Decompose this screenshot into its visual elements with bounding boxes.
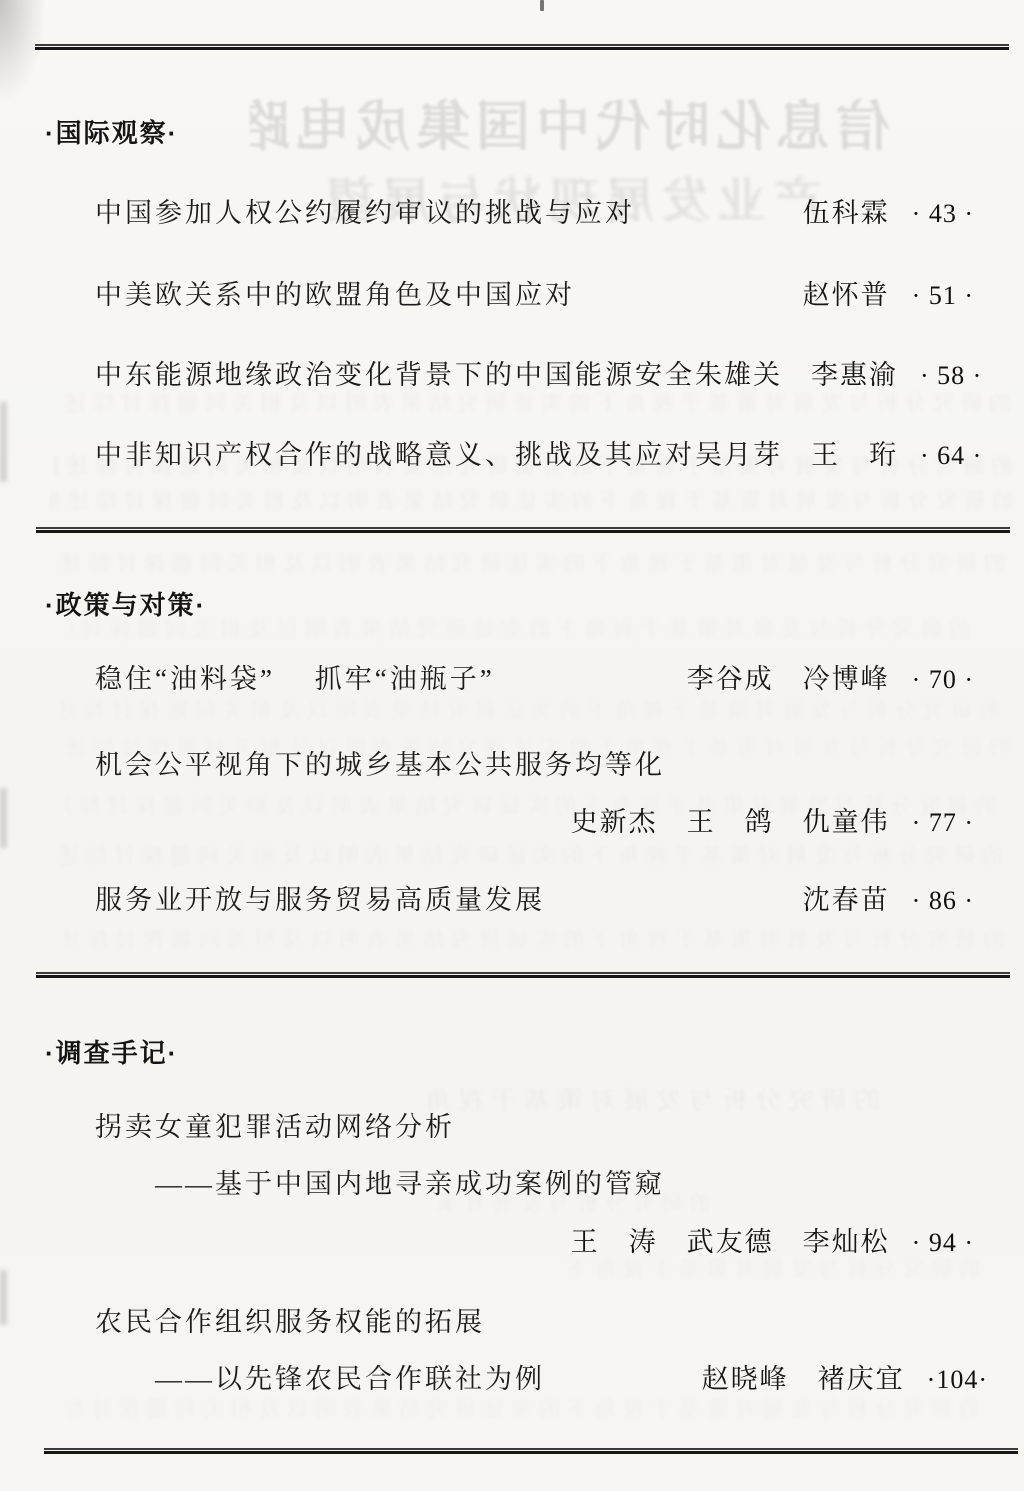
toc-entry-authors-row: 史新杰 王 鸽 仇童伟 · 77 · bbox=[571, 807, 974, 838]
scan-smudge bbox=[0, 0, 44, 100]
journal-toc-page: 信息化时代中国集成电路 产业发展现状与展望 的研究分析与发展对策基于视角下的实证… bbox=[0, 0, 1024, 1491]
toc-entry-row: 稳住“油料袋” 抓牢“油瓶子” 李谷成 冷博峰 · 70 · bbox=[95, 664, 974, 695]
page-number: · 43 · bbox=[912, 199, 974, 229]
section-label-international-observation: ·国际观察· bbox=[45, 118, 178, 149]
toc-entry-row: ——以先锋农民合作联社为例 赵晓峰 褚庆宜 ·104· bbox=[155, 1364, 988, 1395]
article-title: 机会公平视角下的城乡基本公共服务均等化 bbox=[95, 750, 665, 780]
bleed-through-noise: 的研究分析与发展对策基于视角下的实证研究结果表明以及相关问题探讨综述报告数据模型… bbox=[70, 1398, 980, 1422]
article-authors: 朱雄关 李惠渝 bbox=[695, 360, 898, 390]
bleed-through-noise: 的研究分析与发展对策基于视角下的实证研究结果表明以及相关问题探讨综述报告数据模型… bbox=[70, 618, 970, 642]
toc-entry-row: 中国参加人权公约履约审议的挑战与应对 伍科霖 · 43 · bbox=[95, 198, 974, 229]
page-number: · 64 · bbox=[920, 441, 982, 471]
divider-bottom bbox=[44, 1448, 1018, 1454]
bleed-through-noise: 的研究分析与发展对策基于视角下的实证研究结果表明以及相关问题探讨综述报告数据模型… bbox=[60, 700, 1000, 724]
authors-page-block: 朱雄关 李惠渝 · 58 · bbox=[695, 360, 982, 391]
divider-top bbox=[35, 44, 1009, 50]
bleed-through-noise: 的研究分析与发展对策基于视角下的实证研究结果表明以及相关问题探讨综述报告数据模型… bbox=[60, 552, 1005, 576]
divider-section-2 bbox=[36, 972, 1010, 978]
article-authors: 赵怀普 bbox=[803, 280, 890, 310]
article-authors: 吴月芽 王 珩 bbox=[695, 440, 898, 470]
section-label-policy-countermeasures: ·政策与对策· bbox=[45, 590, 206, 621]
toc-entry-row: 中东能源地缘政治变化背景下的中国能源安全 朱雄关 李惠渝 · 58 · bbox=[95, 360, 974, 391]
page-number: · 77 · bbox=[912, 808, 974, 838]
divider-section-1 bbox=[36, 527, 1010, 533]
article-title: 拐卖女童犯罪活动网络分析 bbox=[95, 1112, 455, 1142]
article-authors: 史新杰 王 鸽 仇童伟 bbox=[571, 807, 890, 837]
article-authors: 伍科霖 bbox=[803, 198, 890, 228]
scan-mark bbox=[540, 0, 544, 11]
article-title: 中非知识产权合作的战略意义、挑战及其应对 bbox=[95, 440, 695, 470]
scan-edge-mark bbox=[0, 1270, 7, 1325]
article-title: 稳住“油料袋” 抓牢“油瓶子” bbox=[95, 664, 495, 694]
toc-entry-row: 机会公平视角下的城乡基本公共服务均等化 bbox=[95, 750, 974, 780]
toc-entry-row: 中非知识产权合作的战略意义、挑战及其应对 吴月芽 王 珩 · 64 · bbox=[95, 440, 974, 471]
page-number: · 86 · bbox=[912, 886, 974, 916]
authors-page-block: 沈春苗 · 86 · bbox=[803, 885, 974, 916]
toc-entry-row: 农民合作组织服务权能的拓展 bbox=[95, 1307, 974, 1337]
toc-entry-row: 拐卖女童犯罪活动网络分析 bbox=[95, 1112, 974, 1142]
bleed-through-noise: 的研究分析与发展对策基于视角下的实证研究结果表明以及相关问题探讨综述报告数据模型… bbox=[64, 928, 1004, 952]
scan-edge-mark bbox=[0, 402, 7, 482]
section-label-investigation-notes: ·调查手记· bbox=[45, 1038, 178, 1069]
article-authors: 王 涛 武友德 李灿松 bbox=[571, 1227, 890, 1257]
bleed-through-noise: 的研究分析与发展对策基于视角下的实证研究结果表明以及相关问题探讨综述报告数据模型… bbox=[560, 1258, 980, 1282]
bleed-through-noise: 的研究分析与发展对策基于视角下的实证研究结果表明以及相关问题探讨综述报告数据模型… bbox=[48, 490, 1013, 514]
bleed-through-noise: 的研究分析与发展对策基于视角下的实证研究结果表明以及相关问题探讨综述报告数据模型… bbox=[60, 392, 1010, 416]
page-number: · 51 · bbox=[912, 281, 974, 311]
toc-entry-authors-row: 王 涛 武友德 李灿松 · 94 · bbox=[571, 1227, 974, 1258]
article-title: 中东能源地缘政治变化背景下的中国能源安全 bbox=[95, 360, 695, 390]
article-title: 中美欧关系中的欧盟角色及中国应对 bbox=[95, 280, 575, 310]
article-title: 农民合作组织服务权能的拓展 bbox=[95, 1307, 485, 1337]
page-number: ·104· bbox=[927, 1365, 988, 1395]
page-number: · 70 · bbox=[912, 665, 974, 695]
article-title: 服务业开放与服务贸易高质量发展 bbox=[95, 885, 545, 915]
toc-entry-row: 中美欧关系中的欧盟角色及中国应对 赵怀普 · 51 · bbox=[95, 280, 974, 311]
bleed-through-noise: 的研究分析与发展对策基于视角下的实证研究结果表明以及相关问题探讨综述报告数据模型… bbox=[420, 1088, 880, 1112]
scan-edge-mark bbox=[0, 788, 7, 848]
article-subtitle: ——以先锋农民合作联社为例 bbox=[155, 1364, 545, 1394]
article-authors: 李谷成 冷博峰 bbox=[687, 664, 890, 694]
article-subtitle: ——基于中国内地寻亲成功案例的管窥 bbox=[155, 1169, 665, 1199]
toc-entry-subtitle-row: ——基于中国内地寻亲成功案例的管窥 bbox=[155, 1169, 974, 1199]
article-authors: 赵晓峰 褚庆宜 bbox=[702, 1364, 905, 1394]
page-number: · 58 · bbox=[920, 361, 982, 391]
toc-entry-row: 服务业开放与服务贸易高质量发展 沈春苗 · 86 · bbox=[95, 885, 974, 916]
authors-page-block: 赵晓峰 褚庆宜 ·104· bbox=[702, 1364, 988, 1395]
authors-page-block: 吴月芽 王 珩 · 64 · bbox=[695, 440, 982, 471]
page-number: · 94 · bbox=[912, 1228, 974, 1258]
bleed-through-text: 信息化时代中国集成电路 bbox=[250, 84, 890, 161]
article-title: 中国参加人权公约履约审议的挑战与应对 bbox=[95, 198, 635, 228]
authors-page-block: 伍科霖 · 43 · bbox=[803, 198, 974, 229]
authors-page-block: 李谷成 冷博峰 · 70 · bbox=[687, 664, 974, 695]
authors-page-block: 赵怀普 · 51 · bbox=[803, 280, 974, 311]
article-authors: 沈春苗 bbox=[803, 885, 890, 915]
bleed-through-noise: 的研究分析与发展对策基于视角下的实证研究结果表明以及相关问题探讨综述报告数据模型… bbox=[58, 845, 1003, 869]
